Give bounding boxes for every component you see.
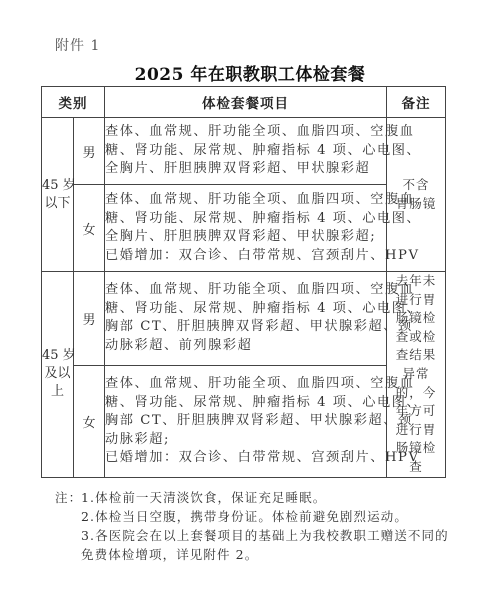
- age-line: 上: [42, 383, 73, 401]
- note-line: 3.各医院会在以上套餐项目的基础上为我校教职工赠送不同的: [81, 526, 449, 545]
- age-line: 以下: [42, 195, 73, 213]
- item-line: 全胸片、肝胆胰脾双肾彩超、甲状腺彩超;: [105, 228, 386, 247]
- age-line: 45 岁: [42, 347, 73, 365]
- age-line: 及以: [42, 365, 73, 383]
- item-line: 糖、肾功能、尿常规、肿瘤指标 4 项、心电图、: [105, 300, 386, 319]
- note-line: 2.体检当日空腹，携带身份证。体检前避免剧烈运动。: [81, 507, 449, 526]
- item-line: 动脉彩超;: [105, 431, 386, 450]
- age-group-45-and-above: 45 岁 及以 上: [42, 272, 74, 478]
- note-item: 3.各医院会在以上套餐项目的基础上为我校教职工赠送不同的 免费体检增项，详见附件…: [55, 526, 449, 564]
- table-row: 45 岁 及以 上 男 查体、血常规、肝功能全项、血脂四项、空腹血 糖、肾功能、…: [42, 272, 446, 366]
- age-group-under-45: 45 岁 以下: [42, 118, 74, 272]
- gender-male: 男: [74, 118, 105, 185]
- note-item: 2.体检当日空腹，携带身份证。体检前避免剧烈运动。: [55, 507, 449, 526]
- item-line: 查体、血常规、肝功能全项、血脂四项、空腹血: [105, 191, 386, 210]
- item-line: 查体、血常规、肝功能全项、血脂四项、空腹血: [105, 375, 386, 394]
- gender-female: 女: [74, 365, 105, 477]
- item-line: 糖、肾功能、尿常规、肿瘤指标 4 项、心电图、: [105, 142, 386, 161]
- remark-line: 去年未: [387, 272, 445, 291]
- remark-line: 查结果: [387, 346, 445, 365]
- package-items: 查体、血常规、肝功能全项、血脂四项、空腹血 糖、肾功能、尿常规、肿瘤指标 4 项…: [105, 365, 387, 477]
- remark-line: 进行胃: [387, 291, 445, 310]
- gender-male: 男: [74, 272, 105, 366]
- header-remarks: 备注: [387, 87, 446, 118]
- note-item: 注： 1.体检前一天清淡饮食，保证充足睡眠。: [55, 488, 449, 507]
- package-items: 查体、血常规、肝功能全项、血脂四项、空腹血 糖、肾功能、尿常规、肿瘤指标 4 项…: [105, 185, 387, 272]
- item-line: 糖、肾功能、尿常规、肿瘤指标 4 项、心电图、: [105, 394, 386, 413]
- item-line: 已婚增加：双合诊、白带常规、宫颈刮片、HPV: [105, 247, 386, 266]
- table-row: 45 岁 以下 男 查体、血常规、肝功能全项、血脂四项、空腹血 糖、肾功能、尿常…: [42, 118, 446, 185]
- age-line: 45 岁: [42, 177, 73, 195]
- notes-prefix: 注：: [55, 488, 81, 507]
- remark-45-and-above: 去年未 进行胃 肠镜检 查或检 查结果 异常 的，今 年方可 进行胃 肠镜检 查: [387, 272, 446, 478]
- table-row: 女 查体、血常规、肝功能全项、血脂四项、空腹血 糖、肾功能、尿常规、肿瘤指标 4…: [42, 365, 446, 477]
- header-category: 类别: [42, 87, 105, 118]
- remark-line: 肠镜检: [387, 309, 445, 328]
- item-line: 查体、血常规、肝功能全项、血脂四项、空腹血: [105, 123, 386, 142]
- note-line: 1.体检前一天清淡饮食，保证充足睡眠。: [81, 488, 449, 507]
- item-line: 全胸片、肝胆胰脾双肾彩超、甲状腺彩超: [105, 160, 386, 179]
- item-line: 已婚增加：双合诊、白带常规、宫颈刮片、HPV: [105, 449, 386, 468]
- header-items: 体检套餐项目: [105, 87, 387, 118]
- attachment-label: 附件 1: [55, 35, 100, 55]
- notes-section: 注： 1.体检前一天清淡饮食，保证充足睡眠。 2.体检当日空腹，携带身份证。体检…: [55, 488, 449, 564]
- note-line: 免费体检增项，详见附件 2。: [81, 545, 449, 564]
- gender-female: 女: [74, 185, 105, 272]
- table-header-row: 类别 体检套餐项目 备注: [42, 87, 446, 118]
- remark-line: 查或检: [387, 328, 445, 347]
- item-line: 胸部 CT、肝胆胰脾双肾彩超、甲状腺彩超、颈: [105, 318, 386, 337]
- item-line: 动脉彩超、前列腺彩超: [105, 337, 386, 356]
- item-line: 糖、肾功能、尿常规、肿瘤指标 4 项、心电图、: [105, 210, 386, 229]
- table-row: 女 查体、血常规、肝功能全项、血脂四项、空腹血 糖、肾功能、尿常规、肿瘤指标 4…: [42, 185, 446, 272]
- item-line: 查体、血常规、肝功能全项、血脂四项、空腹血: [105, 281, 386, 300]
- checkup-package-table: 类别 体检套餐项目 备注 45 岁 以下 男 查体、血常规、肝功能全项、血脂四项…: [41, 86, 446, 478]
- item-line: 胸部 CT、肝胆胰脾双肾彩超、甲状腺彩超、颈: [105, 412, 386, 431]
- document-title: 2025 年在职教职工体检套餐: [0, 60, 500, 85]
- package-items: 查体、血常规、肝功能全项、血脂四项、空腹血 糖、肾功能、尿常规、肿瘤指标 4 项…: [105, 118, 387, 185]
- package-items: 查体、血常规、肝功能全项、血脂四项、空腹血 糖、肾功能、尿常规、肿瘤指标 4 项…: [105, 272, 387, 366]
